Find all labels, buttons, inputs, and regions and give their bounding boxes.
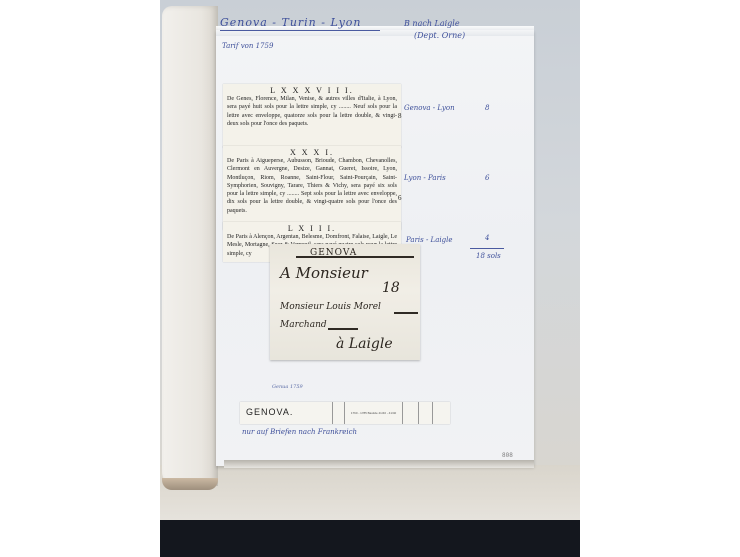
label-name: GENOVA.: [240, 402, 332, 424]
photo-scene: Genova - Turin - Lyon Tarif von 1759 B n…: [160, 0, 580, 557]
heading-underline: [220, 30, 380, 31]
album-left-edge: [162, 478, 218, 490]
cover-address-line-4: à Laigle: [336, 336, 393, 352]
cover-address-line-1: A Monsieur: [280, 264, 368, 282]
tariff-rate-31: 6: [394, 192, 406, 204]
label-cell: 1760 - 1785 Bastide 41/40 - 41/40: [344, 402, 402, 424]
label-cell: [418, 402, 432, 424]
sleeve-bottom: [224, 460, 534, 468]
cover-postmark: GENOVA: [310, 248, 357, 258]
page-number: 808: [502, 452, 513, 459]
cover-caption: Genua 1759: [272, 384, 303, 390]
destination-note: B nach Laigle (Dept. Orne): [404, 18, 465, 42]
label-cell: [402, 402, 418, 424]
cover-rate-marking: 18: [382, 280, 400, 296]
cover-address-line-2: Monsieur Louis Morel: [280, 302, 381, 312]
route-total: 18 sols: [476, 252, 501, 260]
tariff-extract-31: X X X I. De Paris à Aigueperse, Aubusson…: [223, 146, 401, 230]
label-cell: [432, 402, 440, 424]
page-footnote: nur auf Briefen nach Frankreich: [242, 428, 357, 436]
page-heading: Genova - Turin - Lyon: [220, 16, 362, 29]
route-note-lyon-paris: Lyon - Paris: [404, 174, 446, 182]
catalogue-label: GENOVA. 1760 - 1785 Bastide 41/40 - 41/4…: [240, 402, 450, 424]
route-note-paris-laigle: Paris - Laigle: [406, 236, 452, 244]
dark-floor: [160, 520, 580, 557]
sum-line: [470, 248, 504, 249]
route-rate-paris-laigle: 4: [485, 234, 489, 242]
cover-address-line-3: Marchand: [280, 320, 327, 330]
cover-stroke: [394, 312, 418, 314]
label-cell: [332, 402, 344, 424]
route-rate-genova-lyon: 8: [485, 104, 489, 112]
route-rate-lyon-paris: 6: [485, 174, 489, 182]
cover-stroke: [328, 328, 358, 330]
page-subheading: Tarif von 1759: [222, 42, 273, 50]
album-left-page: [162, 6, 218, 486]
desk-surface: [160, 465, 580, 521]
route-note-genova-lyon: Genova - Lyon: [404, 104, 455, 112]
tariff-extract-88: L X X X V I I I. De Genes, Florence, Mil…: [223, 84, 401, 148]
postal-cover: GENOVA A Monsieur 18 Monsieur Louis More…: [270, 244, 420, 360]
